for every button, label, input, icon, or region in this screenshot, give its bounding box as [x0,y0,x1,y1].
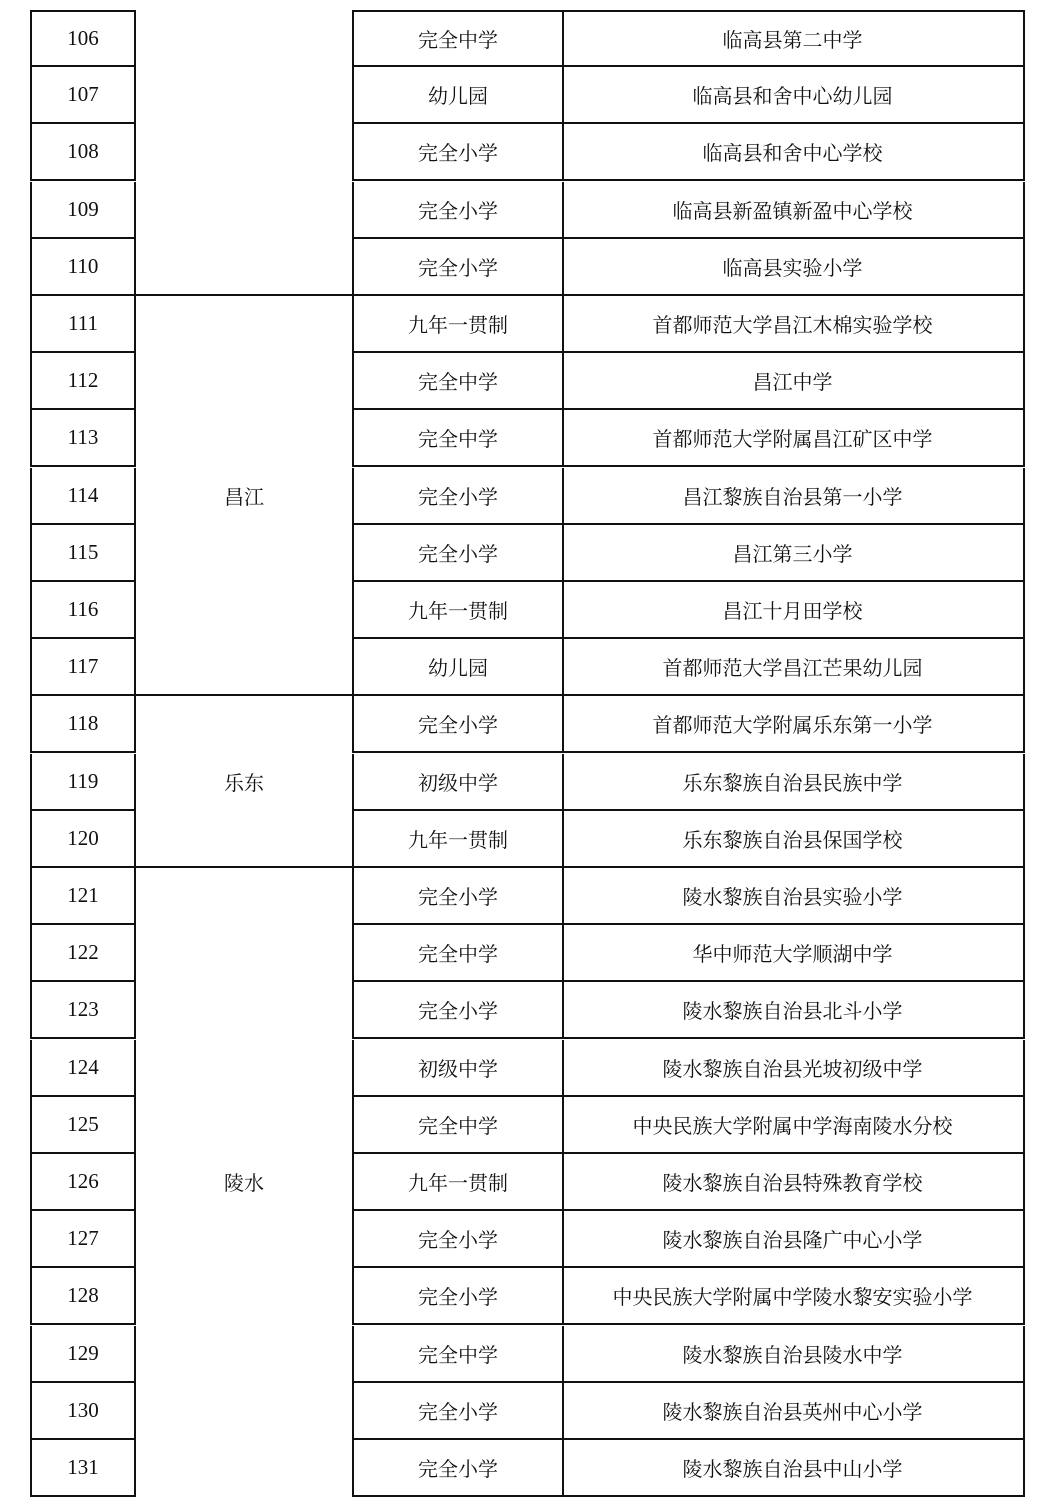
row-number-cell: 111 [30,296,136,353]
school-type-cell: 九年一贯制 [352,582,564,639]
school-name-cell: 临高县和舍中心幼儿园 [562,67,1025,124]
school-type-cell: 完全小学 [352,525,564,582]
region-cell: 陵水 [134,866,354,1495]
school-name-cell: 华中师范大学顺湖中学 [562,925,1025,982]
school-type-cell: 完全小学 [352,182,564,239]
school-type-cell: 九年一贯制 [352,1154,564,1211]
school-type-cell: 完全小学 [352,124,564,181]
school-name-cell: 陵水黎族自治县英州中心小学 [562,1383,1025,1440]
row-number-cell: 114 [30,468,136,525]
school-name-cell: 临高县和舍中心学校 [562,124,1025,181]
school-name-cell: 陵水黎族自治县北斗小学 [562,982,1025,1039]
row-number-cell: 107 [30,67,136,124]
school-type-cell: 九年一贯制 [352,296,564,353]
region-cell [134,10,354,296]
school-type-cell: 完全小学 [352,1440,564,1497]
school-type-cell: 完全小学 [352,696,564,753]
school-name-cell: 陵水黎族自治县实验小学 [562,868,1025,925]
school-name-cell: 陵水黎族自治县隆广中心小学 [562,1211,1025,1268]
region-cell: 乐东 [134,694,354,866]
school-type-cell: 完全小学 [352,1383,564,1440]
row-number-cell: 125 [30,1097,136,1154]
school-type-cell: 完全小学 [352,982,564,1039]
school-type-cell: 完全中学 [352,1097,564,1154]
school-name-cell: 昌江第三小学 [562,525,1025,582]
row-number-cell: 121 [30,868,136,925]
row-number-cell: 123 [30,982,136,1039]
school-name-cell: 首都师范大学昌江芒果幼儿园 [562,639,1025,696]
school-type-cell: 完全中学 [352,410,564,467]
row-number-cell: 109 [30,182,136,239]
school-name-cell: 临高县实验小学 [562,239,1025,296]
row-number-cell: 106 [30,10,136,67]
school-name-cell: 陵水黎族自治县特殊教育学校 [562,1154,1025,1211]
row-number-cell: 112 [30,353,136,410]
school-type-cell: 九年一贯制 [352,811,564,868]
school-type-cell: 幼儿园 [352,639,564,696]
school-type-cell: 完全中学 [352,10,564,67]
school-name-cell: 首都师范大学附属昌江矿区中学 [562,410,1025,467]
school-type-cell: 完全中学 [352,353,564,410]
school-name-cell: 首都师范大学附属乐东第一小学 [562,696,1025,753]
row-number-cell: 122 [30,925,136,982]
region-cell: 昌江 [134,294,354,694]
row-number-cell: 130 [30,1383,136,1440]
school-name-cell: 中央民族大学附属中学海南陵水分校 [562,1097,1025,1154]
row-number-cell: 131 [30,1440,136,1497]
row-number-cell: 115 [30,525,136,582]
school-type-cell: 完全中学 [352,1326,564,1383]
school-type-cell: 初级中学 [352,1040,564,1097]
school-name-cell: 昌江中学 [562,353,1025,410]
school-name-cell: 昌江黎族自治县第一小学 [562,468,1025,525]
row-number-cell: 116 [30,582,136,639]
row-number-cell: 120 [30,811,136,868]
row-number-cell: 126 [30,1154,136,1211]
school-name-cell: 陵水黎族自治县陵水中学 [562,1326,1025,1383]
school-type-cell: 完全小学 [352,1268,564,1325]
row-number-cell: 108 [30,124,136,181]
row-number-cell: 118 [30,696,136,753]
row-number-cell: 127 [30,1211,136,1268]
school-name-cell: 首都师范大学昌江木棉实验学校 [562,296,1025,353]
school-name-cell: 昌江十月田学校 [562,582,1025,639]
row-number-cell: 129 [30,1326,136,1383]
row-number-cell: 113 [30,410,136,467]
school-name-cell: 陵水黎族自治县光坡初级中学 [562,1040,1025,1097]
school-name-cell: 临高县新盈镇新盈中心学校 [562,182,1025,239]
school-type-cell: 完全小学 [352,239,564,296]
school-type-cell: 完全中学 [352,925,564,982]
row-number-cell: 110 [30,239,136,296]
row-number-cell: 117 [30,639,136,696]
school-name-cell: 乐东黎族自治县民族中学 [562,754,1025,811]
row-number-cell: 119 [30,754,136,811]
row-number-cell: 124 [30,1040,136,1097]
school-type-cell: 完全小学 [352,868,564,925]
school-type-cell: 幼儿园 [352,67,564,124]
school-name-cell: 中央民族大学附属中学陵水黎安实验小学 [562,1268,1025,1325]
school-type-cell: 初级中学 [352,754,564,811]
school-name-cell: 乐东黎族自治县保国学校 [562,811,1025,868]
school-type-cell: 完全小学 [352,1211,564,1268]
school-type-cell: 完全小学 [352,468,564,525]
school-name-cell: 陵水黎族自治县中山小学 [562,1440,1025,1497]
row-number-cell: 128 [30,1268,136,1325]
school-name-cell: 临高县第二中学 [562,10,1025,67]
